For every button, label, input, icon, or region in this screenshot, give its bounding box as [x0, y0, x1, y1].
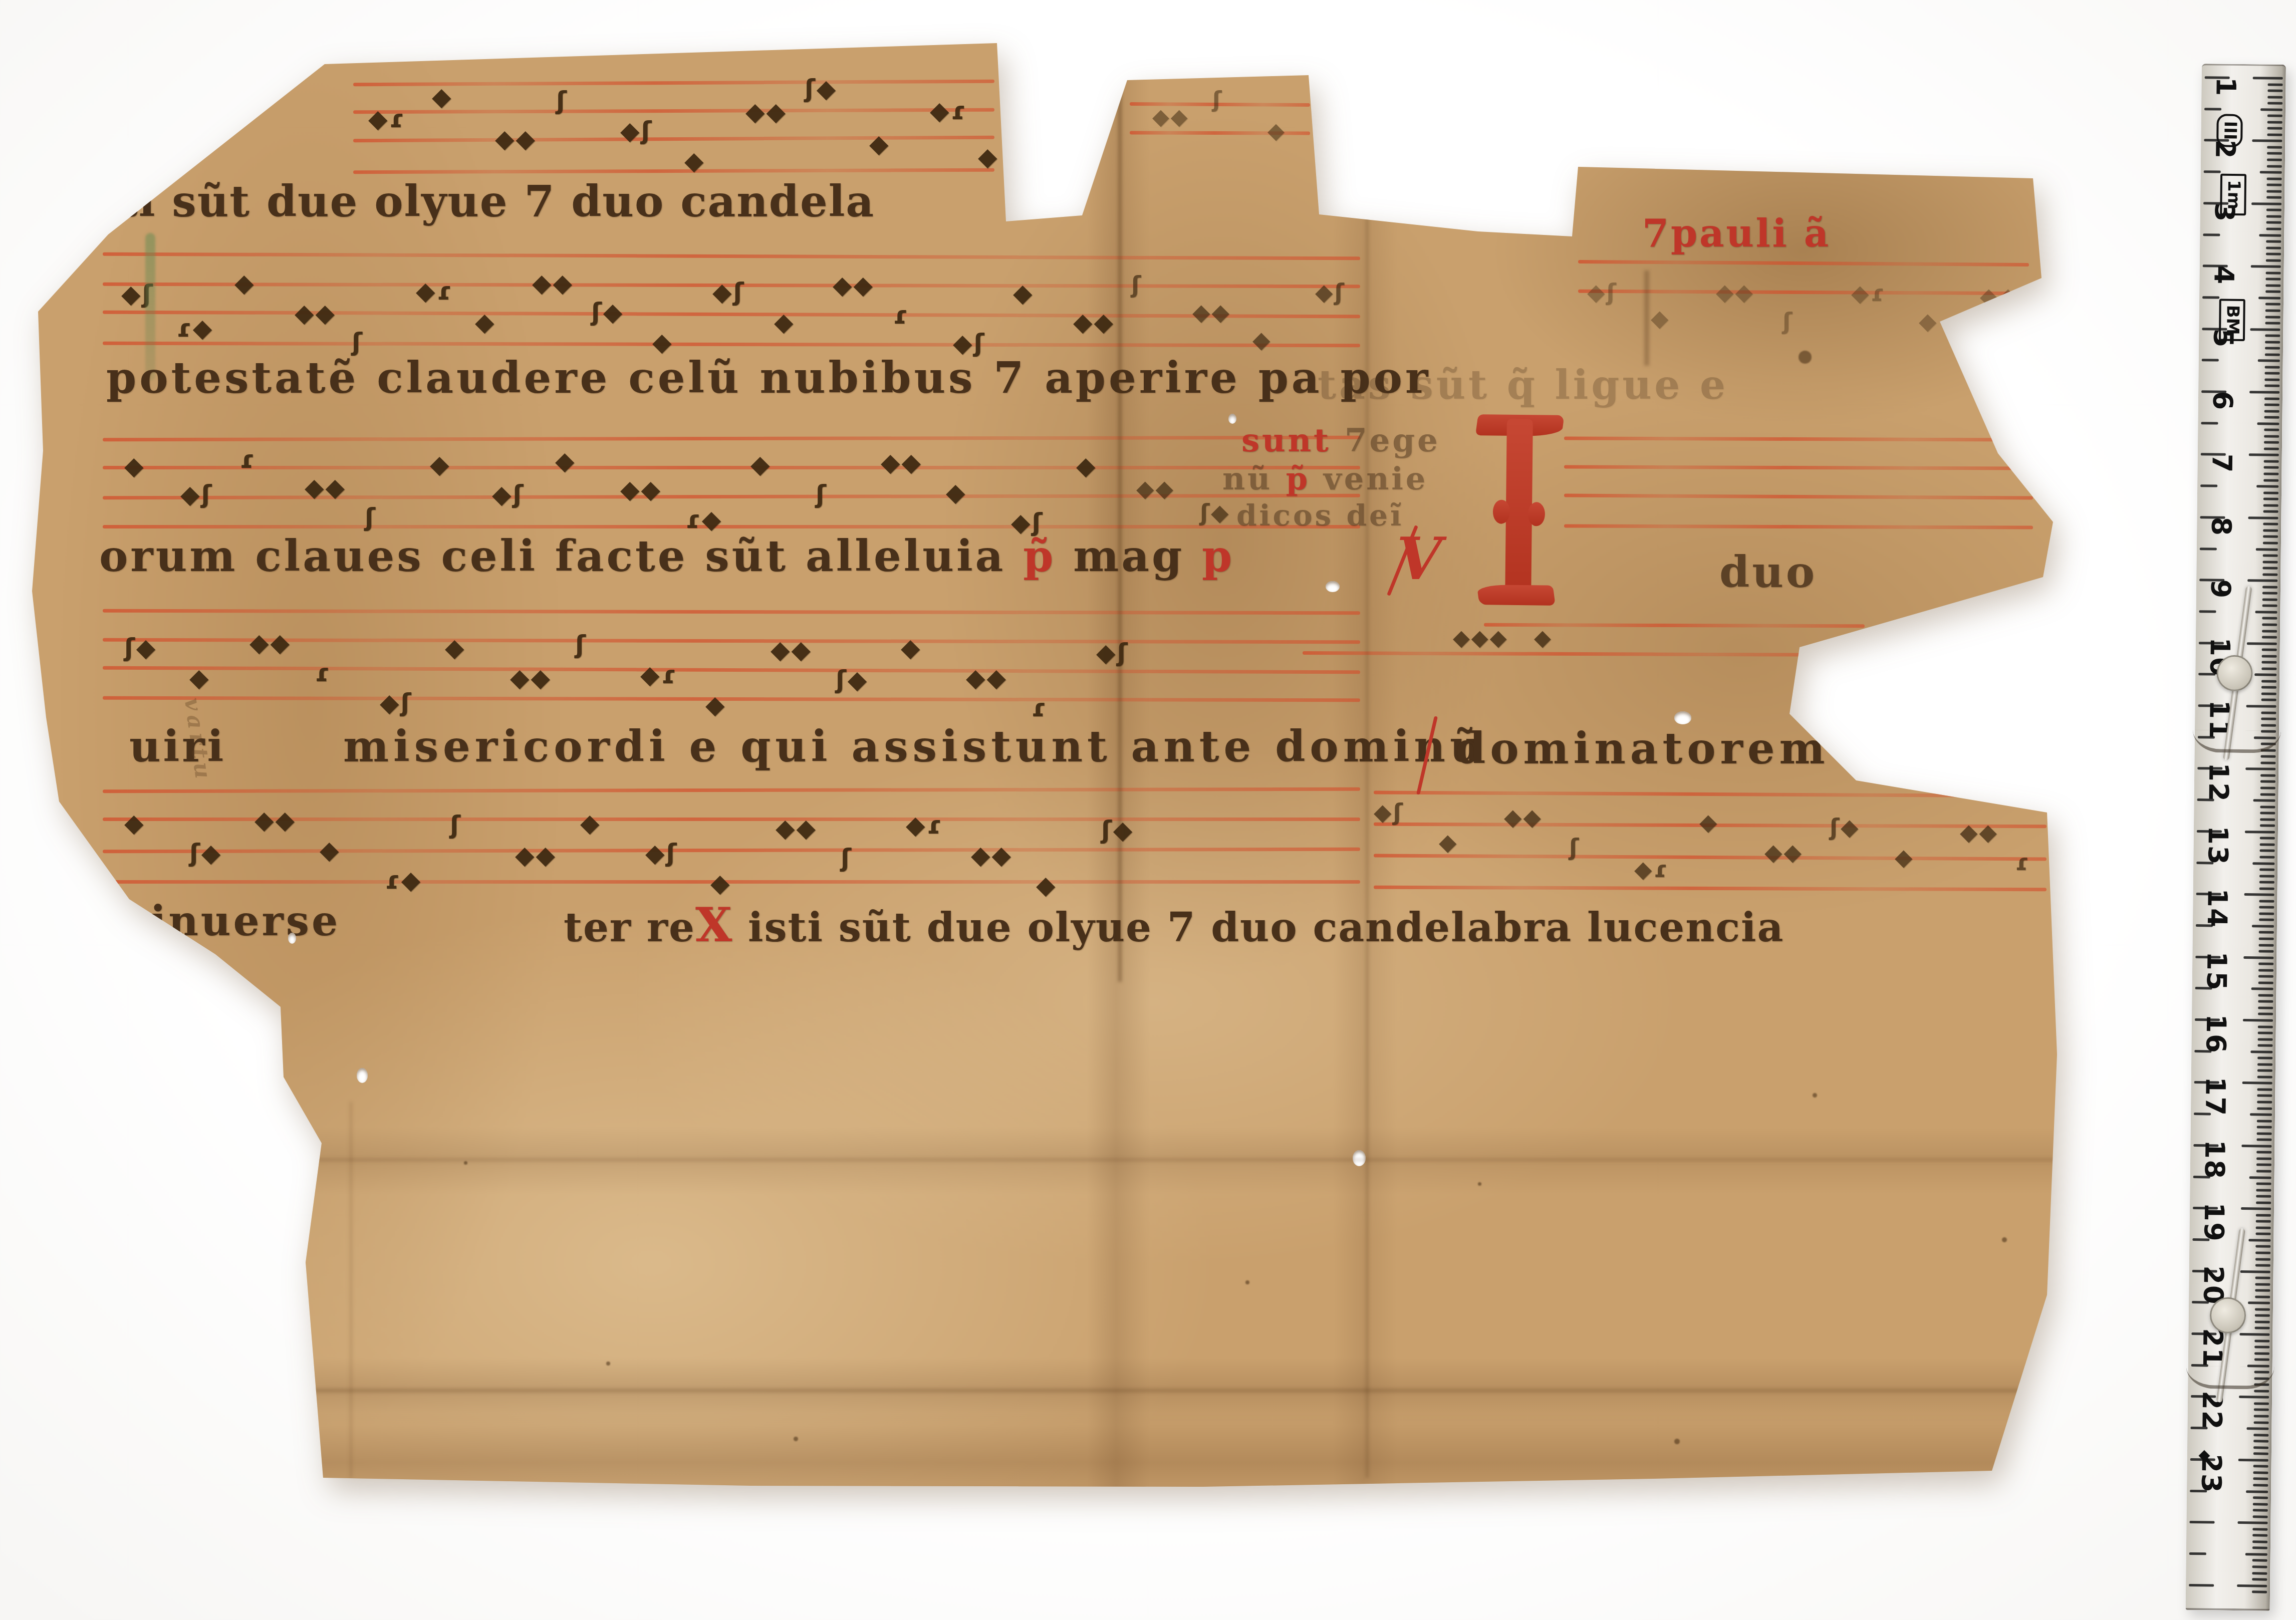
neume-cluster: ʃ◆ — [124, 635, 157, 660]
ruler-tick — [2266, 215, 2281, 217]
neume-cluster: ◆◆ — [305, 475, 346, 500]
neume-cluster: ɾ◆ — [385, 868, 422, 893]
ruler-tick — [2253, 1503, 2268, 1505]
rubric-abbreviation: p — [1202, 531, 1234, 582]
ruler-tick — [2262, 617, 2277, 620]
ruler-tick — [2256, 1182, 2271, 1185]
ruler-tick — [2257, 1107, 2272, 1110]
chant-text-line-2-faded: tas sũt q̃ ligue e — [1318, 365, 1728, 405]
ink-speck — [1478, 1182, 1481, 1186]
ruler-tick — [2256, 1189, 2271, 1191]
ruler-tick — [2264, 460, 2279, 462]
neume-cluster: ◆ — [750, 452, 771, 477]
ruler-tick — [2259, 912, 2274, 915]
neume-cluster: ◆ʃ — [1096, 640, 1129, 665]
ruler-number: 7 — [2208, 449, 2235, 479]
neume-cluster: ◆◆ — [1152, 106, 1189, 128]
neume-cluster: ʃ — [365, 505, 377, 530]
neume-cluster: ◆◆ — [776, 816, 817, 841]
ruler-tick — [2264, 447, 2279, 450]
photograph-stage: ◆ɾ◆◆◆ʃ◆ʃ◆◆◆ʃ◆◆◆ɾ◆◆◆ʃ◆◆ʃɾ◆◆◆◆ʃ◆ɾ◆◆◆ʃ◆◆◆ʃ◆… — [0, 0, 2296, 1620]
ruler-tick — [2260, 171, 2282, 173]
illuminated-initial-I: I — [1475, 414, 1563, 606]
neume-cluster: ◆◆ — [510, 665, 552, 690]
ruler-tick — [2261, 699, 2276, 701]
neume-cluster: ʃ◆ — [1101, 818, 1134, 843]
ruler-tick — [2253, 799, 2275, 801]
ruler-tick — [2256, 1201, 2271, 1204]
ruler-tick — [2239, 1333, 2269, 1336]
neume-cluster: ◆ — [430, 452, 450, 477]
ruler-tick — [2245, 768, 2275, 771]
ruler-tick — [2253, 1484, 2268, 1486]
chant-text: mag — [1073, 531, 1202, 582]
ruler-tick — [2249, 454, 2279, 457]
ruler-number: 20 — [2199, 1265, 2227, 1296]
ruler-tick — [2246, 1490, 2268, 1493]
ruler-tick — [2260, 837, 2275, 840]
ruler-tick — [2265, 372, 2280, 375]
neume-cluster: ◆ʃ — [180, 482, 213, 507]
ruler-tick — [2263, 504, 2278, 506]
ruler-tick — [2266, 184, 2281, 186]
ruler-tick — [2263, 491, 2278, 494]
ruler-tick — [2257, 1063, 2272, 1065]
neume-cluster: ◆ — [978, 144, 998, 169]
ruler-tick — [2266, 259, 2281, 261]
ruler-tick — [2263, 535, 2278, 538]
ruler-tick — [2251, 988, 2273, 990]
ruler-tick — [2257, 1095, 2272, 1097]
ruler-tick — [2267, 177, 2282, 180]
ruler-tick — [2267, 96, 2282, 98]
ruler-tick — [2253, 1515, 2268, 1518]
ruler-tick — [2243, 956, 2273, 959]
ruler-tick — [2258, 994, 2273, 996]
faded-ink-text: nũ — [1222, 460, 1286, 497]
staff-line — [103, 696, 1360, 702]
neume-cluster: ʃ◆ — [805, 76, 837, 101]
staff-line — [1374, 790, 2047, 797]
ruler-tick — [2262, 592, 2277, 595]
ruler-tick — [2257, 1069, 2272, 1072]
ruler-tick — [2254, 1402, 2269, 1405]
ruler-symbol-◆: ◆ — [2197, 1450, 2213, 1461]
ruler-tick — [2260, 843, 2275, 846]
faded-ink-text: venie — [1324, 460, 1428, 497]
chant-text-line-3: orum claues celi facte sũt alleluia p̃ m… — [99, 535, 1234, 578]
ruler-tick — [2256, 1226, 2271, 1229]
ruler-tick — [2247, 579, 2277, 582]
neume-cluster: ◆ — [124, 811, 145, 836]
ruler-number: 8 — [2207, 511, 2235, 542]
ruler-tick — [2260, 850, 2275, 852]
chant-text: misericordi e qui assistunt ante dominũ — [343, 721, 1485, 772]
chant-text: dominatorem v — [1455, 723, 1878, 774]
ruler-tick — [2257, 1088, 2272, 1091]
ruler-tick — [2250, 1050, 2272, 1053]
ruler-tick — [2252, 1547, 2267, 1549]
ruler-tick — [2201, 422, 2218, 424]
neume-cluster: ◆ — [1252, 328, 1271, 351]
ruler-tick — [2258, 1038, 2273, 1040]
ink-speck — [1813, 1093, 1817, 1098]
ruler-tick — [2267, 159, 2282, 161]
ruler-tick — [2264, 385, 2279, 387]
ruler-tick — [2253, 1453, 2268, 1455]
ruler-tick — [2263, 510, 2278, 513]
ruler-tick — [2260, 805, 2275, 808]
neume-cluster: ◆ — [1267, 120, 1286, 142]
ruler-tick — [2264, 441, 2279, 444]
neume-cluster: ◆ʃ — [1374, 800, 1404, 824]
chant-text: duo — [1719, 547, 1817, 598]
ruler-tick — [2242, 1082, 2272, 1085]
ruler-tick — [2255, 1295, 2270, 1298]
ruler-tick — [2264, 429, 2279, 431]
neume-cluster: ◆◆ — [620, 477, 662, 502]
ruler-tick — [2259, 875, 2274, 877]
ruler-tick — [2189, 1521, 2214, 1524]
ruler-tick — [2237, 1521, 2267, 1524]
neume-cluster: ʃ◆ — [836, 667, 868, 692]
ruler-tick — [2256, 1214, 2271, 1216]
ruler-tick — [2252, 1572, 2267, 1574]
neume-cluster: ◆◆◆ — [1453, 627, 1508, 649]
ruler-number: 18 — [2201, 1140, 2228, 1170]
neume-cluster: ◆ — [1895, 846, 1914, 869]
rubric-line-top-right: 7pauli ã — [1642, 214, 1831, 252]
ruler-tick — [2253, 1434, 2268, 1436]
neume-cluster: ʃ◆ — [189, 841, 222, 866]
ruler-tick — [2254, 1345, 2269, 1348]
neume-cluster: ◆ — [320, 838, 340, 863]
ruler-tick — [2238, 1459, 2268, 1462]
ruler-tick — [2263, 529, 2278, 531]
ruler-tick — [2258, 950, 2273, 952]
ruler-tick — [2245, 1553, 2267, 1555]
ruler-tick — [2265, 284, 2280, 287]
ruler-tick — [2246, 705, 2276, 708]
ruler-tick — [2260, 108, 2282, 111]
ruler-tick — [2259, 919, 2274, 921]
ruler-tick — [2204, 108, 2221, 110]
rubric-text: p̃ — [1286, 460, 1324, 497]
faded-ink-text: dicos deĩ — [1236, 498, 1404, 532]
ruler-tick — [2261, 718, 2276, 720]
fragment-shadow-wrap: ◆ɾ◆◆◆ʃ◆ʃ◆◆◆ʃ◆◆◆ɾ◆◆◆ʃ◆◆ʃɾ◆◆◆◆ʃ◆ɾ◆◆◆ʃ◆◆◆ʃ◆… — [0, 0, 2296, 1620]
ruler-number: 6 — [2209, 386, 2236, 416]
ruler-tick — [2189, 1552, 2206, 1555]
ruler-tick — [2265, 303, 2280, 306]
ruler-tick — [2266, 209, 2281, 211]
ruler-tick — [2204, 170, 2221, 173]
neume-cluster: ◆ɾ — [640, 662, 677, 687]
ruler-tick — [2258, 297, 2280, 299]
staff-line — [103, 436, 1360, 441]
ruler-tick — [2266, 253, 2281, 255]
crease-line — [1366, 215, 1369, 1478]
ruler-tick — [2263, 498, 2278, 500]
chant-text-line-1: ti sũt due olyue 7 duo candela — [118, 180, 875, 223]
neume-cluster: ◆ — [189, 665, 210, 690]
ruler-tick — [2243, 1019, 2273, 1022]
ruler-tick — [2259, 887, 2274, 890]
ruler-tick — [2248, 1302, 2270, 1304]
chant-text-line-3-right: duo — [1719, 551, 1817, 594]
ruler-tick — [2266, 240, 2281, 243]
chant-text: ti sũt due olyue 7 duo candela — [118, 176, 875, 227]
ruler-tick — [2263, 523, 2278, 525]
ruler-tick — [2257, 1101, 2272, 1103]
ruler-tick — [2253, 1440, 2268, 1443]
ruler-tick — [2262, 655, 2277, 657]
ruler-tick — [2251, 202, 2281, 205]
ruler-fold-seam — [2186, 1366, 2274, 1390]
ruler-tick — [2265, 366, 2280, 368]
ruler-tick — [2253, 77, 2283, 80]
ruler-tick — [2263, 472, 2278, 475]
ruler-tick — [2265, 278, 2280, 281]
ruler-tick — [2248, 1239, 2270, 1241]
ruler-tick — [2265, 309, 2280, 312]
neume-cluster: ◆ɾ — [368, 106, 405, 131]
staff-line — [103, 609, 1360, 615]
ruler-tick — [2255, 1276, 2270, 1279]
ruler-tick — [2262, 649, 2277, 651]
ruler-tick — [2267, 102, 2282, 105]
rubric-abbreviation: p̃ — [1023, 531, 1073, 582]
ruler-tick — [2253, 1471, 2268, 1474]
ruler-tick — [2262, 598, 2277, 601]
ruler-number: 16 — [2202, 1014, 2230, 1044]
chant-text: orum claues celi facte sũt alleluia — [99, 531, 1023, 582]
staff-line — [103, 880, 1360, 884]
ruler-tick — [2262, 567, 2277, 570]
ruler-tick — [2265, 341, 2280, 343]
hole-in-parchment — [1674, 711, 1691, 724]
staff-line — [1564, 436, 2033, 441]
ruler-tick — [2254, 1352, 2269, 1355]
neume-cluster: ◆ — [1439, 831, 1458, 854]
versicle-mark: V — [1397, 530, 1442, 588]
ruler-tick — [2200, 548, 2217, 550]
rubric-text: 7pauli ã — [1642, 211, 1831, 255]
neume-cluster: ◆◆ — [495, 126, 537, 151]
ruler-tick — [2259, 906, 2274, 909]
ruler-tick — [2250, 328, 2280, 331]
ruler-tick — [2189, 1584, 2214, 1587]
hole-in-parchment — [1228, 414, 1236, 424]
ruler-tick — [2266, 190, 2281, 192]
ruler-tick — [2264, 435, 2279, 437]
neume-cluster: ◆ɾ — [1851, 282, 1886, 305]
ruler-tick — [2258, 1000, 2273, 1003]
ruler-tick — [2254, 1415, 2269, 1417]
ruler-tick — [2260, 825, 2275, 827]
ruler-tick — [2258, 981, 2273, 984]
neume-cluster: ɾ — [1031, 695, 1048, 720]
neume-cluster: ɾ — [2015, 851, 2030, 874]
ruler-tick — [2252, 1528, 2267, 1530]
ink-speck — [2002, 1237, 2007, 1242]
ruler-tick — [2259, 856, 2274, 858]
neume-cluster: ɾ — [315, 660, 331, 685]
staff-line — [103, 787, 1360, 793]
ruler-tick — [2255, 1320, 2270, 1323]
ruler-tick — [2252, 1565, 2267, 1568]
ruler-tick — [2255, 1251, 2270, 1254]
ruler-tick — [2259, 931, 2274, 934]
ruler-number: 4 — [2210, 260, 2237, 291]
ink-speck — [1799, 351, 1812, 364]
neume-cluster: ◆ — [445, 635, 465, 660]
neume-cluster: ◆ɾ — [906, 813, 943, 838]
ruler-number: 13 — [2204, 826, 2231, 856]
ruler-tick — [2266, 221, 2281, 224]
ruler-tick — [2249, 1176, 2271, 1179]
neume-cluster: ◆ — [234, 271, 255, 296]
neume-cluster: ◆ʃ — [1315, 281, 1345, 304]
staff-line — [103, 848, 1360, 853]
ruler-tick — [2253, 1478, 2268, 1480]
ruler-tick — [2240, 1270, 2270, 1273]
ruler-tick — [2267, 127, 2282, 130]
ruler-tick — [2258, 1006, 2273, 1009]
ruler-tick — [2267, 90, 2282, 92]
ink-speck — [224, 1384, 230, 1390]
neume-cluster: ʃ — [1131, 273, 1142, 296]
ruler-tick — [2260, 780, 2275, 783]
neume-cluster: ◆ — [432, 84, 452, 109]
ruler-tick — [2252, 1559, 2267, 1562]
ruler-tick — [2266, 196, 2281, 199]
initial-serif-bottom — [1477, 585, 1556, 606]
ruler-tick — [2264, 378, 2279, 381]
ruler-tick — [2261, 692, 2276, 695]
hole-in-parchment — [288, 933, 296, 944]
ruler-tick — [2265, 322, 2280, 325]
ruler-tick — [2263, 479, 2278, 481]
neume-cluster: ɾ — [239, 447, 256, 472]
ruler-tick — [2256, 1170, 2271, 1172]
neume-cluster: ◆ — [1699, 811, 1718, 834]
ruler-tick — [2257, 1044, 2272, 1047]
chant-text-line-5-word1: inuerse — [150, 901, 340, 942]
ruler-tick — [2267, 121, 2282, 123]
ruler-tick — [2252, 1590, 2267, 1593]
neume-cluster: ʃ◆ — [1200, 501, 1230, 524]
ruler-tick — [2255, 1327, 2270, 1329]
ruler-tick — [2237, 1584, 2267, 1587]
neume-cluster: ◆◆ — [249, 630, 291, 655]
ruler-tick — [2262, 573, 2277, 576]
ruler-tick — [2246, 1427, 2268, 1430]
ruler-tick — [2267, 133, 2282, 136]
hole-in-parchment — [357, 1068, 368, 1083]
ruler-number: 15 — [2203, 951, 2230, 982]
neume-cluster: ◆ʃ — [620, 118, 653, 143]
ruler-tick — [2256, 1151, 2271, 1154]
neume-cluster: ◆◆ — [532, 271, 574, 296]
ruler-tick — [2263, 561, 2278, 563]
ruler-number: 14 — [2203, 888, 2231, 919]
ruler-tick — [2250, 1113, 2272, 1116]
neume-cluster: ◆ — [1036, 873, 1057, 898]
neume-cluster: ◆ɾ — [416, 279, 453, 304]
manuscript-fragment: ◆ɾ◆◆◆ʃ◆ʃ◆◆◆ʃ◆◆◆ɾ◆◆◆ʃ◆◆ʃɾ◆◆◆◆ʃ◆ɾ◆◆◆ʃ◆◆◆ʃ◆… — [0, 0, 2296, 1620]
neume-cluster: ◆◆ — [515, 843, 557, 868]
ruler-tick — [2268, 83, 2283, 86]
ruler-tick — [2254, 1390, 2269, 1392]
ruler-tick — [2259, 234, 2281, 236]
neume-cluster: ◆◆ — [833, 273, 874, 298]
neume-cluster: ◆ — [901, 635, 921, 660]
ruler-tick — [2261, 711, 2276, 714]
ruler-symbol-1m: 1m — [2220, 174, 2247, 216]
neume-cluster: ◆◆ — [254, 807, 296, 833]
neume-cluster: ◆◆ — [1960, 821, 1998, 844]
neume-cluster: ◆ — [555, 448, 576, 473]
staff-line — [103, 466, 1360, 469]
neume-cluster: ◆ — [710, 871, 731, 896]
ruler-tick — [2241, 1207, 2271, 1210]
folding-ruler: 1234567891011121314151617181920212223III… — [2186, 64, 2286, 1611]
ruler-tick — [2256, 1220, 2271, 1223]
ruler-tick — [2256, 1195, 2271, 1197]
neume-cluster: ◆ʃ — [492, 482, 525, 507]
ruler-number: 19 — [2200, 1202, 2228, 1233]
ruler-tick — [2261, 667, 2276, 670]
chant-text-line-4-end: dominatorem v — [1455, 727, 1878, 770]
ruler-tick — [2255, 1308, 2270, 1310]
ruler-tick — [2255, 1258, 2270, 1260]
neume-cluster: ʃ◆ — [1830, 816, 1860, 839]
crease-line — [301, 1389, 2049, 1393]
neume-cluster: ◆◆ — [295, 301, 336, 326]
neume-cluster: ʃ — [816, 482, 828, 507]
neume-cluster: ◆ʃ — [1587, 281, 1617, 304]
neume-cluster: ◆◆ — [966, 665, 1007, 690]
ruler-tick — [2266, 246, 2281, 249]
ruler-tick — [2259, 900, 2274, 902]
ruler-tick — [2241, 1145, 2271, 1148]
ruler-tick — [2259, 937, 2274, 940]
ruler-tick — [2258, 360, 2280, 362]
ruler-tick — [2200, 484, 2217, 487]
neume-cluster: ʃ — [556, 88, 568, 113]
ruler-tick — [2256, 1164, 2271, 1166]
chant-text-line-5: ter reX isti sũt due olyue 7 duo candela… — [564, 902, 1784, 949]
initial-knob-right — [1528, 502, 1546, 526]
ruler-tick — [2255, 611, 2277, 613]
crease-line — [281, 1158, 2054, 1162]
staff-line — [1374, 854, 2047, 861]
neume-cluster: ◆◆ — [1504, 805, 1543, 829]
ruler-tick — [2253, 1509, 2268, 1511]
chant-text: inuerse — [150, 897, 340, 945]
faded-ink-text: 7ege — [1345, 422, 1440, 459]
neume-cluster: ◆◆ — [1073, 310, 1115, 335]
ruler-tick — [2253, 1446, 2268, 1449]
neume-cluster: ◆◆ — [1980, 285, 2018, 308]
neume-cluster: ɾ — [893, 303, 909, 328]
ruler-number: 17 — [2201, 1077, 2229, 1108]
ruler-tick — [2248, 516, 2278, 519]
neume-cluster: ʃ — [450, 813, 462, 838]
neume-cluster: ◆ʃ — [953, 331, 985, 356]
ruler-tick — [2267, 165, 2282, 167]
